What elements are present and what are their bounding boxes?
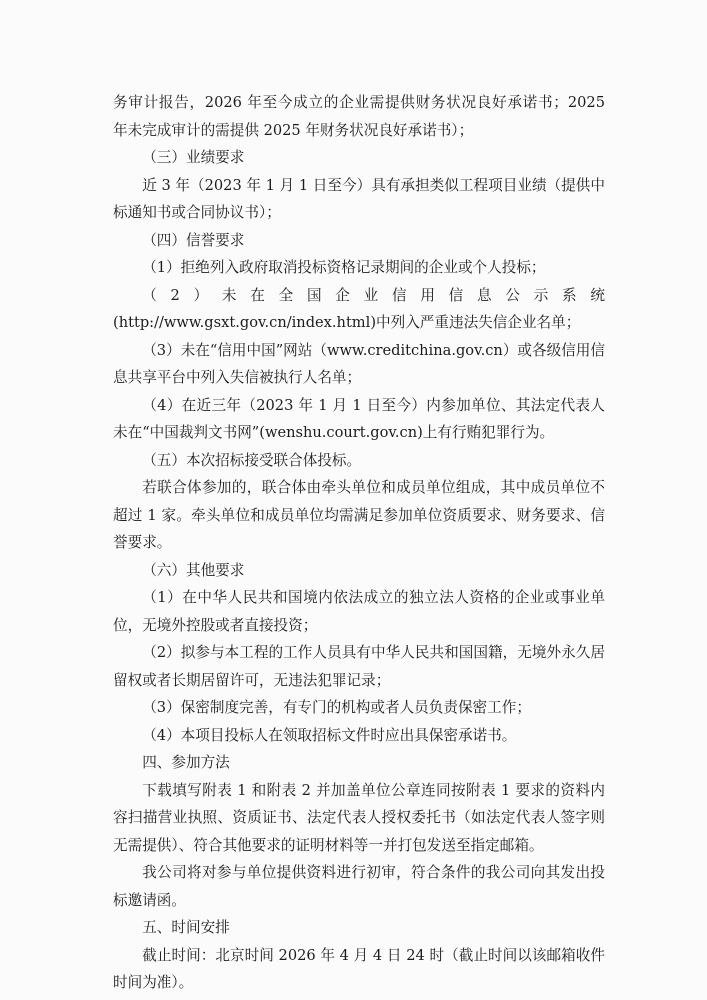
- heading-credit-requirements: （四）信誉要求: [113, 227, 605, 255]
- paragraph-deadline: 截止时间：北京时间 2026 年 4 月 4 日 24 时（截止时间以该邮箱收件…: [113, 942, 605, 997]
- other-item-1: （1）在中华人民共和国境内依法成立的独立法人资格的企业或事业单位，无境外控股或者…: [113, 584, 605, 639]
- document-page: 务审计报告，2026 年至今成立的企业需提供财务状况良好承诺书；2025 年未完…: [113, 89, 605, 997]
- heading-other-requirements: （六）其他要求: [113, 557, 605, 585]
- heading-performance-requirements: （三）业绩要求: [113, 144, 605, 172]
- credit-item-3: （3）未在“信用中国”网站（www.creditchina.gov.cn）或各级…: [113, 337, 605, 392]
- paragraph-financial-continuation: 务审计报告，2026 年至今成立的企业需提供财务状况良好承诺书；2025 年未完…: [113, 89, 605, 144]
- credit-item-1: （1）拒绝列入政府取消投标资格记录期间的企业或个人投标；: [113, 254, 605, 282]
- credit-item-4: （4）在近三年（2023 年 1 月 1 日至今）内参加单位、其法定代表人未在“…: [113, 392, 605, 447]
- paragraph-performance: 近 3 年（2023 年 1 月 1 日至今）具有承担类似工程项目业绩（提供中标…: [113, 172, 605, 227]
- credit-item-2: （2）未在全国企业信用信息公示系统(http://www.gsxt.gov.cn…: [113, 282, 605, 337]
- other-item-2: （2）拟参与本工程的工作人员具有中华人民共和国国籍，无境外永久居留权或者长期居留…: [113, 639, 605, 694]
- section-heading-schedule: 五、时间安排: [113, 914, 605, 942]
- paragraph-consortium: 若联合体参加的，联合体由牵头单位和成员单位组成，其中成员单位不超过 1 家。牵头…: [113, 474, 605, 557]
- heading-consortium: （五）本次招标接受联合体投标。: [113, 447, 605, 475]
- other-item-4: （4）本项目投标人在领取招标文件时应出具保密承诺书。: [113, 722, 605, 750]
- paragraph-review: 我公司将对参与单位提供资料进行初审，符合条件的我公司向其发出投标邀请函。: [113, 859, 605, 914]
- paragraph-method: 下载填写附表 1 和附表 2 并加盖单位公章连同按附表 1 要求的资料内容扫描营…: [113, 777, 605, 860]
- section-heading-participation-method: 四、参加方法: [113, 749, 605, 777]
- other-item-3: （3）保密制度完善，有专门的机构或者人员负责保密工作；: [113, 694, 605, 722]
